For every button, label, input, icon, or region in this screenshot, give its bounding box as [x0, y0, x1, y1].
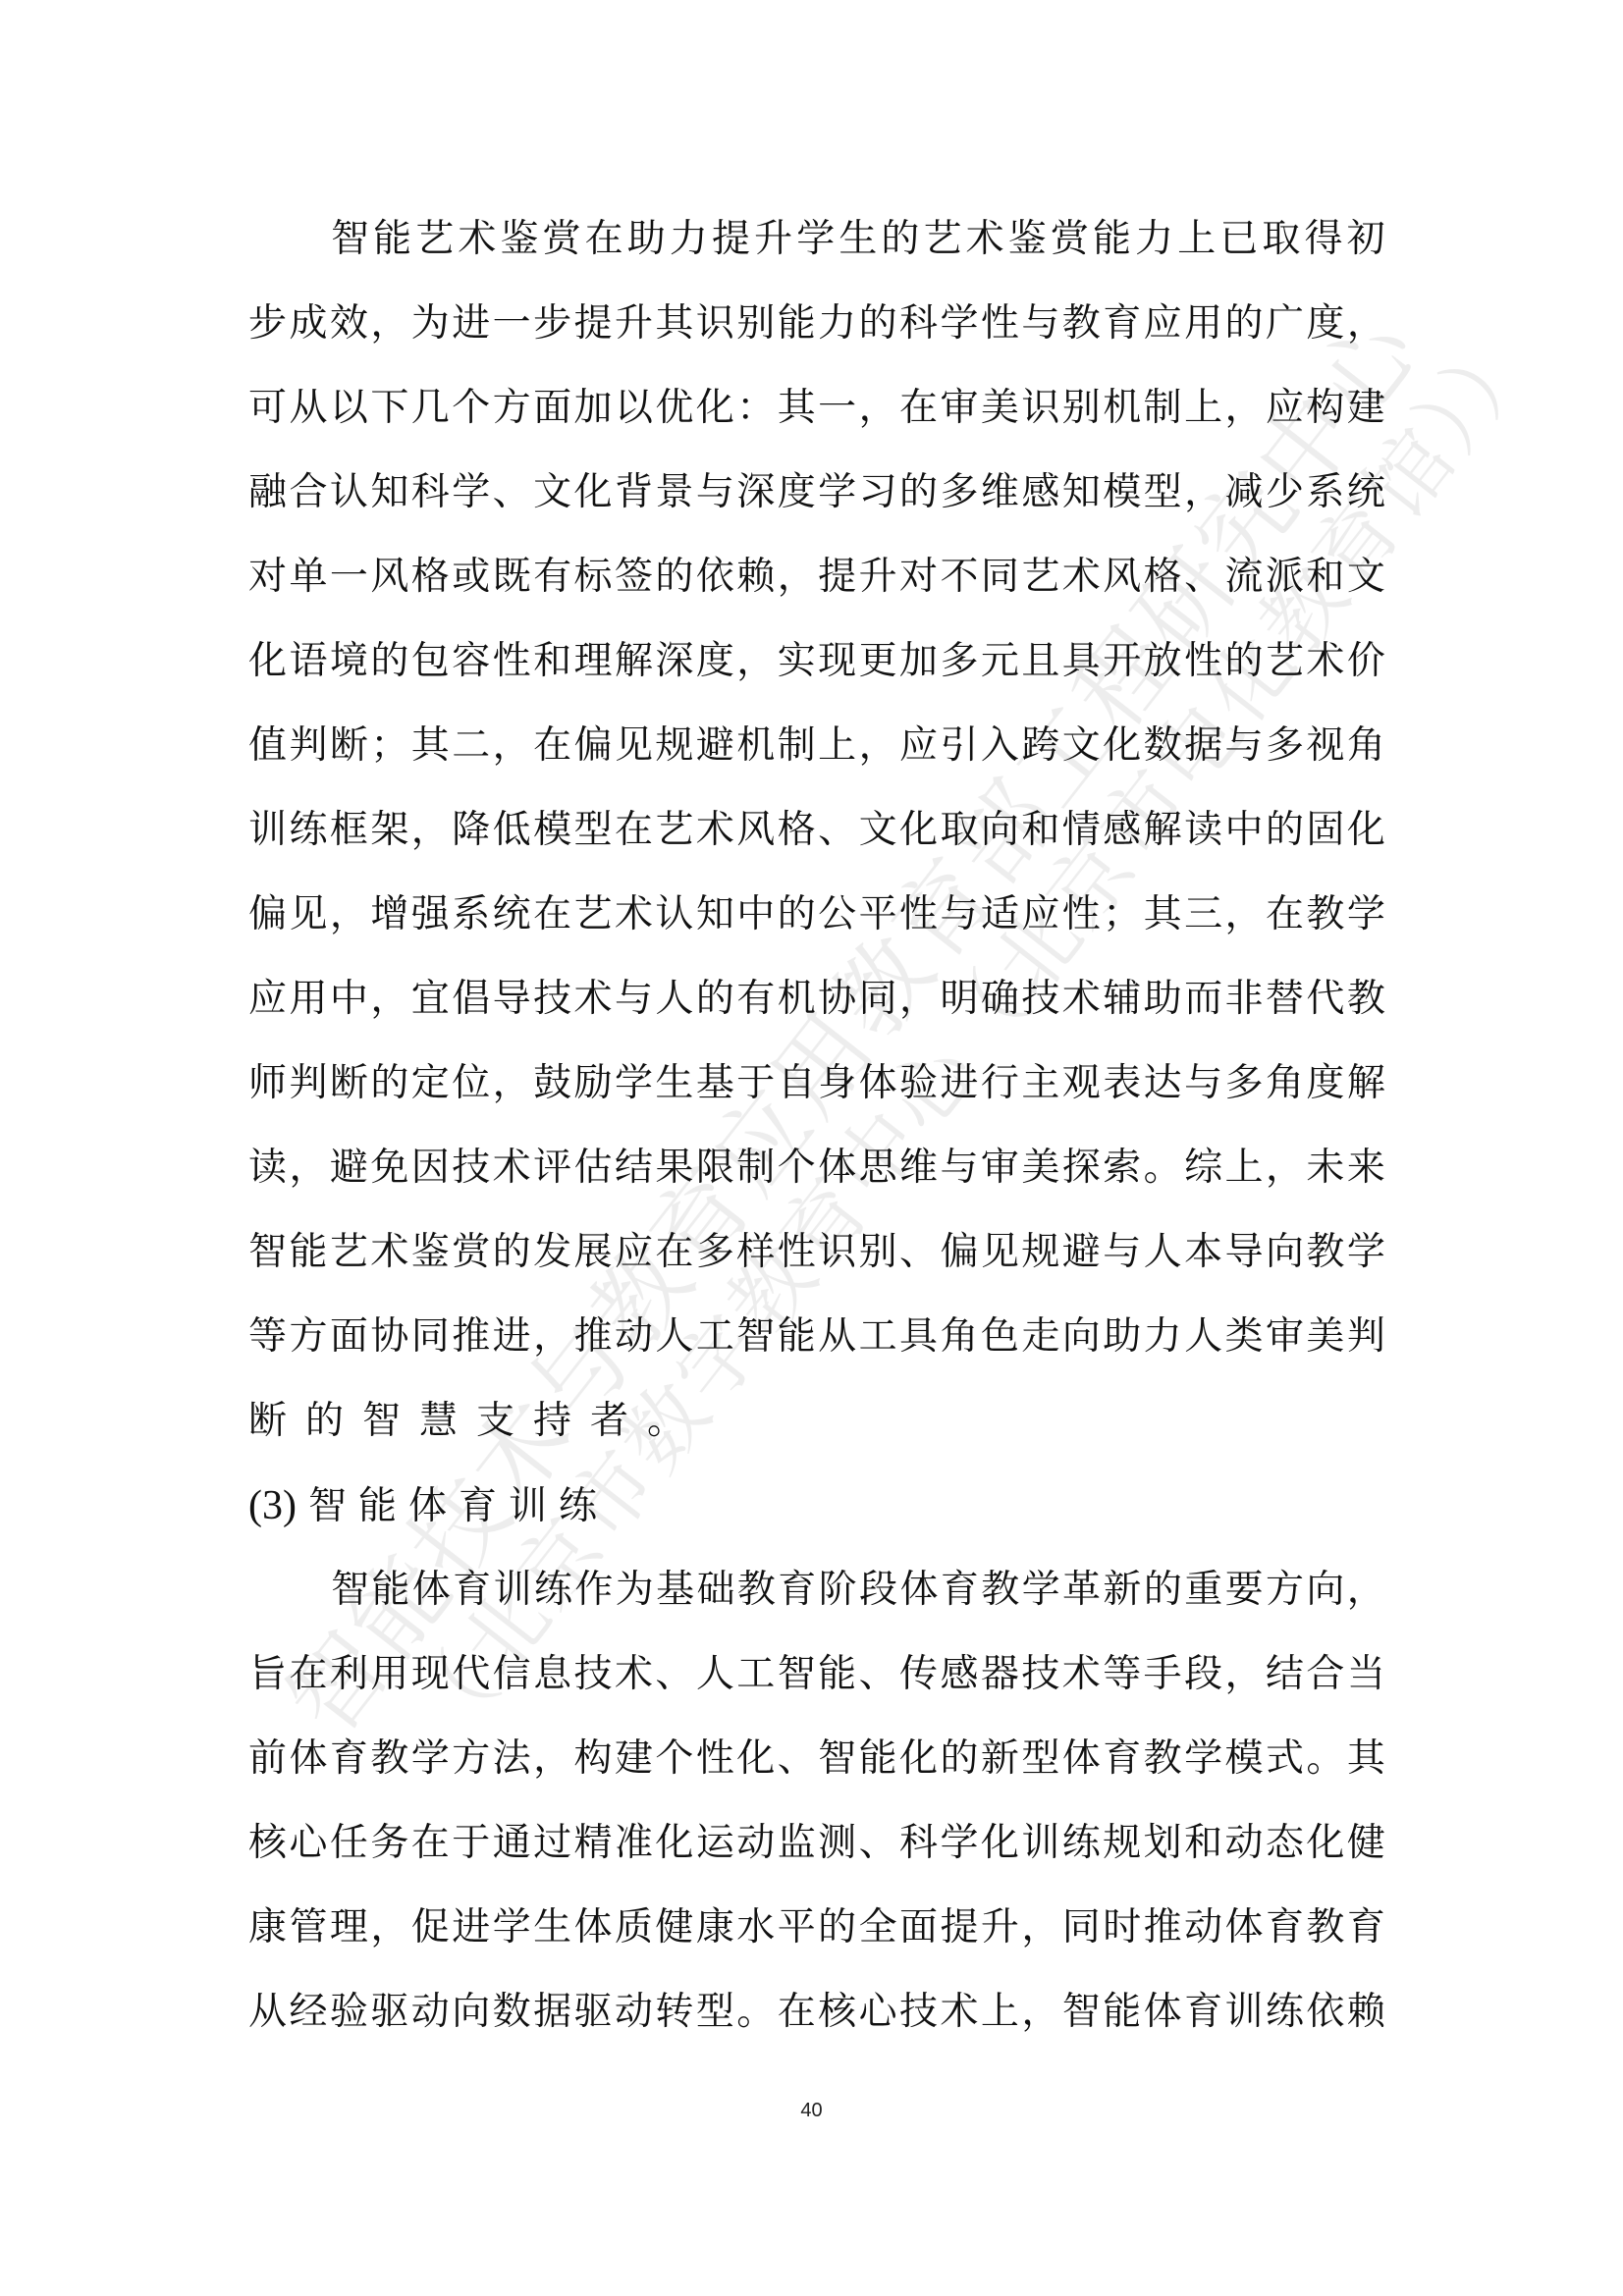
paragraph-line: 智能体育训练作为基础教育阶段体育教学革新的重要方向，: [248, 1561, 1385, 1645]
page-number: 40: [0, 2100, 1623, 2122]
paragraph-line: 断的智慧支持者。: [248, 1392, 1385, 1476]
body-text: 智能艺术鉴赏在助力提升学生的艺术鉴赏能力上已取得初 步成效，为进一步提升其识别能…: [248, 210, 1385, 2067]
paragraph-line: 值判断；其二，在偏见规避机制上，应引入跨文化数据与多视角: [248, 717, 1385, 801]
paragraph-line: 师判断的定位，鼓励学生基于自身体验进行主观表达与多角度解: [248, 1054, 1385, 1139]
document-page: 智能技术与教育应用教育部工程研究中心 （北京市数字教育中心（北京市电化教育馆））…: [0, 0, 1623, 2296]
paragraph-line: 可从以下几个方面加以优化：其一，在审美识别机制上，应构建: [248, 379, 1385, 463]
paragraph-sports-training: 智能体育训练作为基础教育阶段体育教学革新的重要方向， 旨在利用现代信息技术、人工…: [248, 1561, 1385, 2067]
paragraph-line: 步成效，为进一步提升其识别能力的科学性与教育应用的广度，: [248, 294, 1385, 379]
paragraph-line: 康管理，促进学生体质健康水平的全面提升，同时推动体育教育: [248, 1898, 1385, 1983]
paragraph-line: 旨在利用现代信息技术、人工智能、传感器技术等手段，结合当: [248, 1645, 1385, 1730]
paragraph-line: 对单一风格或既有标签的依赖，提升对不同艺术风格、流派和文: [248, 548, 1385, 632]
paragraph-line: 读，避免因技术评估结果限制个体思维与审美探索。综上，未来: [248, 1139, 1385, 1223]
paragraph-art-appreciation: 智能艺术鉴赏在助力提升学生的艺术鉴赏能力上已取得初 步成效，为进一步提升其识别能…: [248, 210, 1385, 1476]
paragraph-line: 等方面协同推进，推动人工智能从工具角色走向助力人类审美判: [248, 1308, 1385, 1392]
section-number: (3): [248, 1483, 297, 1528]
paragraph-line: 核心任务在于通过精准化运动监测、科学化训练规划和动态化健: [248, 1814, 1385, 1898]
paragraph-line: 前体育教学方法，构建个性化、智能化的新型体育教学模式。其: [248, 1730, 1385, 1814]
paragraph-line: 训练框架，降低模型在艺术风格、文化取向和情感解读中的固化: [248, 801, 1385, 885]
paragraph-line: 融合认知科学、文化背景与深度学习的多维感知模型，减少系统: [248, 463, 1385, 548]
paragraph-line: 智能艺术鉴赏在助力提升学生的艺术鉴赏能力上已取得初: [248, 210, 1385, 294]
paragraph-line: 应用中，宜倡导技术与人的有机协同，明确技术辅助而非替代教: [248, 970, 1385, 1054]
paragraph-line: 智能艺术鉴赏的发展应在多样性识别、偏见规避与人本导向教学: [248, 1223, 1385, 1308]
section-heading: (3)智能体育训练: [248, 1476, 1385, 1561]
section-title: 智能体育训练: [308, 1484, 609, 1528]
paragraph-line: 化语境的包容性和理解深度，实现更加多元且具开放性的艺术价: [248, 632, 1385, 717]
paragraph-line: 从经验驱动向数据驱动转型。在核心技术上，智能体育训练依赖: [248, 1983, 1385, 2067]
paragraph-line: 偏见，增强系统在艺术认知中的公平性与适应性；其三，在教学: [248, 885, 1385, 970]
